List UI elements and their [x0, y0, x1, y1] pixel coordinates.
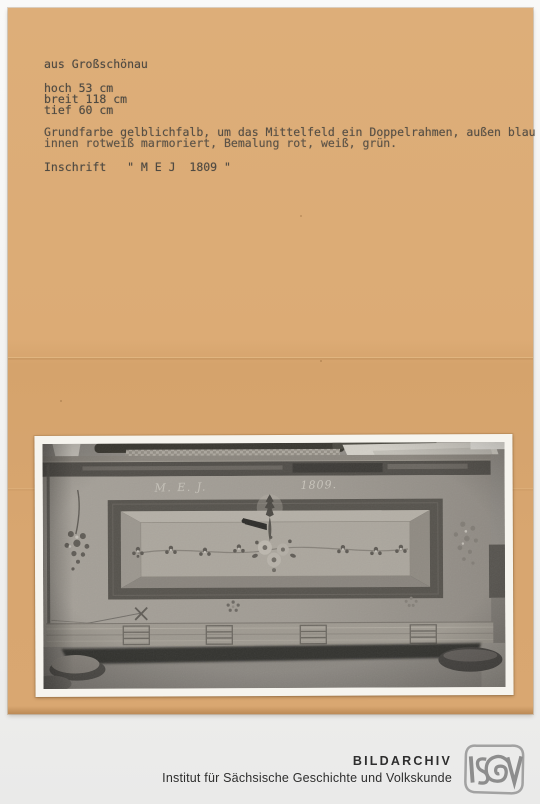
typed-description-line-2: innen rotweiß marmoriert, Bemalung rot, …: [44, 138, 397, 149]
typed-inscription-line: Inschrift " M E J 1809 ": [44, 162, 231, 173]
typed-depth-line: tief 60 cm: [44, 105, 113, 116]
isgv-logo-icon: [461, 741, 527, 797]
card-bottom-edge-shadow: [8, 706, 533, 714]
chest-photograph: M. E. J. 1809.: [34, 434, 513, 697]
typed-origin-line: aus Großschönau: [44, 59, 148, 70]
archive-name: BILDARCHIV: [162, 754, 452, 768]
chest-photo-illustration: M. E. J. 1809.: [42, 442, 505, 689]
fold-crease-upper: [8, 357, 533, 360]
paper-speck: [60, 400, 62, 402]
archive-footer: BILDARCHIV Institut für Sächsische Gesch…: [0, 736, 540, 802]
paper-speck: [320, 360, 322, 362]
archive-scan-page: aus Großschönau hoch 53 cm breit 118 cm …: [0, 0, 540, 804]
paper-speck: [300, 215, 302, 217]
index-card: aus Großschönau hoch 53 cm breit 118 cm …: [8, 8, 533, 714]
archive-footer-text: BILDARCHIV Institut für Sächsische Gesch…: [162, 754, 452, 785]
institute-name: Institut für Sächsische Geschichte und V…: [162, 771, 452, 785]
